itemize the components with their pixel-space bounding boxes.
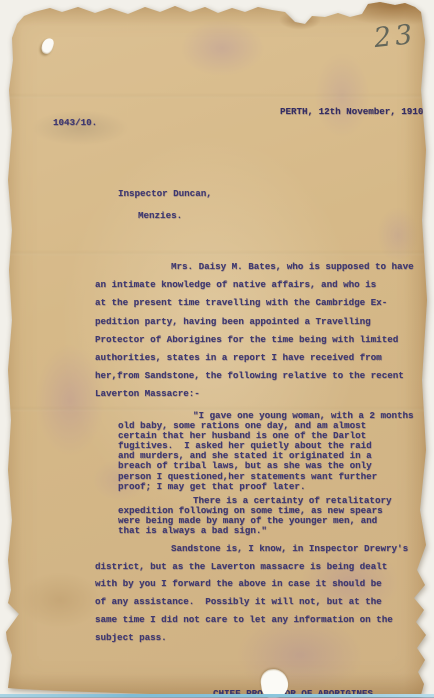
recipient-name: Inspector Duncan, xyxy=(118,188,212,200)
signature-title-cutoff: CHIEF PROTECTOR OF ABORIGINES xyxy=(213,688,373,698)
letter-line: that is always a bad sign." xyxy=(118,526,391,536)
paper-hole-top-left xyxy=(40,37,55,56)
letter-line: subject pass. xyxy=(95,629,408,647)
paper-shadow-wrap: 23 PERTH, 12th November, 1910. 1043/10. … xyxy=(0,0,434,698)
letter-line: district, but as the Laverton massacre i… xyxy=(95,558,408,576)
letter-line: Protector of Aborigines for the time bei… xyxy=(95,331,414,349)
body-paragraph-1: Mrs. Daisy M. Bates, who is supposed to … xyxy=(95,258,414,404)
letter-line: her,from Sandstone, the following relati… xyxy=(95,367,414,385)
letter-line: an intimate knowledge of native affairs,… xyxy=(95,276,414,294)
letter-line: with by you I forward the above in case … xyxy=(95,575,408,593)
letter-line: of any assistance. Possibly it will not,… xyxy=(95,593,408,611)
date-line: PERTH, 12th November, 1910. xyxy=(280,106,429,118)
scan-edge-line xyxy=(0,694,434,697)
letter-line: Sandstone is, I know, in Inspector Drewr… xyxy=(95,540,408,558)
file-number: 1043/10. xyxy=(53,117,97,129)
quoted-report-paragraph-2: There is a certainty of retalitatoryexpe… xyxy=(118,496,391,536)
letter-line: authorities, states in a report I have r… xyxy=(95,349,414,367)
letter-line: pedition party, having been appointed a … xyxy=(95,313,414,331)
letter-line: same time I did not care to let any info… xyxy=(95,611,408,629)
letter-line: proof; I may get that proof later. xyxy=(118,482,414,492)
letter-paper: 23 PERTH, 12th November, 1910. 1043/10. … xyxy=(0,0,434,698)
handwritten-page-number: 23 xyxy=(373,20,418,54)
body-paragraph-2: Sandstone is, I know, in Inspector Drewr… xyxy=(95,540,408,646)
scan-background: 23 PERTH, 12th November, 1910. 1043/10. … xyxy=(0,0,434,698)
letter-line: Mrs. Daisy M. Bates, who is supposed to … xyxy=(95,258,414,276)
letter-line: Laverton Massacre:- xyxy=(95,385,414,403)
recipient-location: Menzies. xyxy=(138,210,182,222)
quoted-report-paragraph-1: "I gave one young woman, with a 2 months… xyxy=(118,411,414,492)
paper-crease xyxy=(0,95,434,98)
paper-crease xyxy=(0,252,434,255)
letter-line: at the present time travelling with the … xyxy=(95,294,414,312)
